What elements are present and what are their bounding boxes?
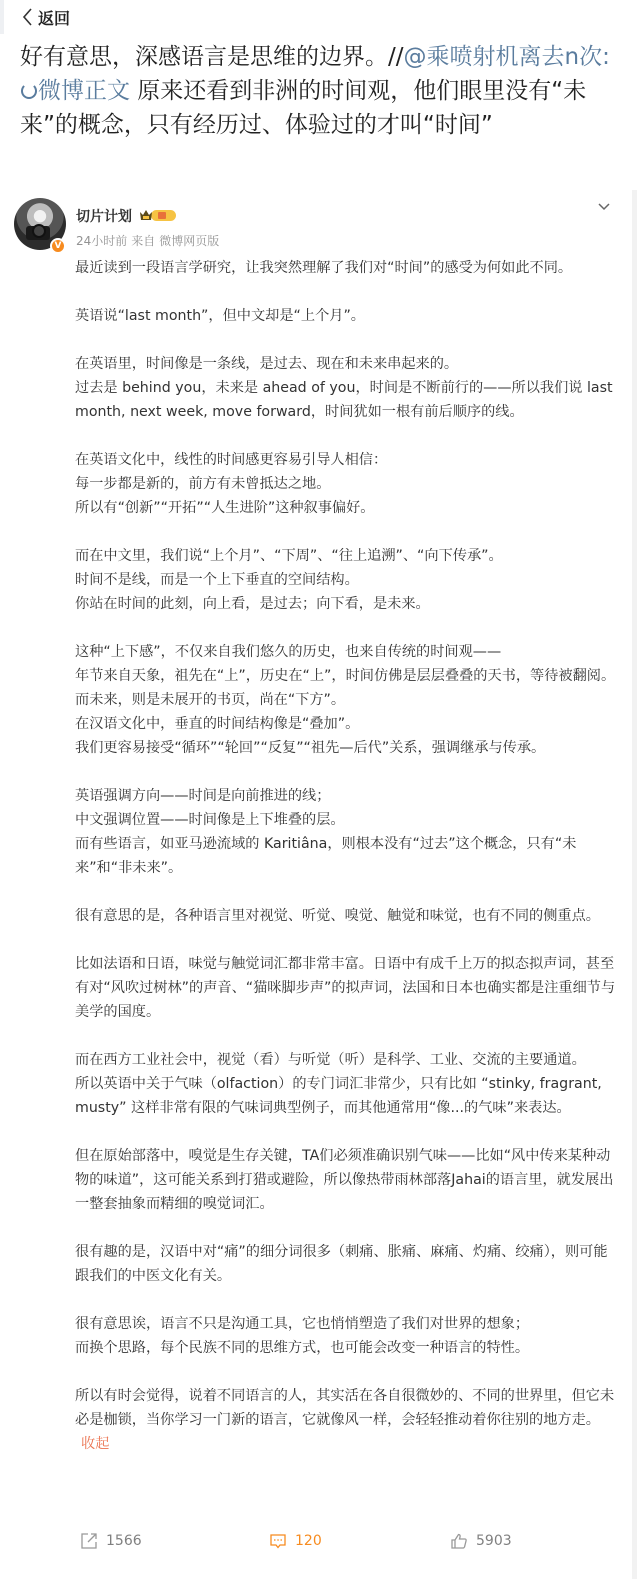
- paragraph: 而在中文里，我们说“上个月”、“下周”、“往上追溯”、“向下传承”。时间不是线，…: [75, 544, 620, 616]
- verified-badge-icon: V: [50, 238, 66, 254]
- weibo-link-icon: [21, 83, 37, 99]
- post-source[interactable]: 微博网页版: [159, 234, 219, 248]
- repost-count: 1566: [106, 1533, 142, 1549]
- left-strip: [0, 0, 4, 34]
- comment-icon: [269, 1532, 287, 1550]
- paragraph: 英语说“last month”，但中文却是“上个月”。: [75, 304, 620, 328]
- collapse-link[interactable]: 收起: [81, 1436, 109, 1452]
- paragraph: 很有意思诶，语言不只是沟通工具，它也悄悄塑造了我们对世界的想象；而换个思路，每个…: [75, 1312, 620, 1360]
- post-meta: 24小时前来自微博网页版: [76, 232, 223, 249]
- paragraph: 比如法语和日语，味觉与触觉词汇都非常丰富。日语中有成千上万的拟态拟声词，甚至有对…: [75, 952, 620, 1024]
- post-body: 最近读到一段语言学研究，让我突然理解了我们对“时间”的感受为何如此不同。 英语说…: [75, 256, 620, 1480]
- top-bar: 返回: [0, 0, 637, 34]
- action-bar: 1566 120 5903: [0, 1526, 637, 1556]
- paragraph: 英语强调方向——时间是向前推进的线；中文强调位置——时间像是上下堆叠的层。而有些…: [75, 784, 620, 880]
- author-name[interactable]: 切片计划: [76, 206, 132, 226]
- repost-comment: 好有意思，深感语言是思维的边界。//@乘喷射机离去n次:微博正文 原来还看到非洲…: [20, 40, 620, 142]
- paragraph: 很有意思的是，各种语言里对视觉、听觉、嗅觉、触觉和味觉，也有不同的侧重点。: [75, 904, 620, 928]
- share-icon: [80, 1532, 98, 1550]
- mention-link[interactable]: @乘喷射机离去n次: [404, 44, 603, 70]
- paragraph-last: 所以有时会觉得，说着不同语言的人，其实活在各自很微妙的、不同的世界里，但它未必是…: [75, 1384, 620, 1456]
- source-prefix: 来自: [131, 234, 155, 248]
- chevron-down-icon[interactable]: [596, 200, 612, 214]
- colon: :: [602, 44, 610, 70]
- like-button[interactable]: 5903: [450, 1526, 512, 1556]
- paragraph: 最近读到一段语言学研究，让我突然理解了我们对“时间”的感受为何如此不同。: [75, 256, 620, 280]
- paragraph: 很有趣的是，汉语中对“痛”的细分词很多（刺痛、胀痛、麻痛、灼痛、绞痛），则可能跟…: [75, 1240, 620, 1288]
- thumbs-up-icon: [450, 1532, 468, 1550]
- post-time: 24小时前: [76, 234, 127, 248]
- repost-button[interactable]: 1566: [80, 1526, 142, 1556]
- repost-text: 好有意思，深感语言是思维的边界。//: [20, 44, 404, 70]
- back-button[interactable]: 返回: [20, 4, 70, 30]
- comment-count: 120: [295, 1533, 322, 1549]
- paragraph: 在英语文化中，线性的时间感更容易引导人相信：每一步都是新的，前方有未曾抵达之地。…: [75, 448, 620, 520]
- paragraph: 但在原始部落中，嗅觉是生存关键，TA们必须准确识别气味——比如“风中传来某种动物…: [75, 1144, 620, 1216]
- lens-shape: [32, 224, 46, 238]
- paragraph: 这种“上下感”，不仅来自我们悠久的历史，也来自传统的时间观——年节来自天象，祖先…: [75, 640, 620, 760]
- source-link[interactable]: 微博正文: [38, 78, 130, 104]
- chevron-left-icon: [20, 6, 36, 28]
- crown-level-badge-icon: [139, 208, 177, 223]
- scrollbar-track[interactable]: [632, 190, 637, 1579]
- paragraph: 在英语里，时间像是一条线，是过去、现在和未来串起来的。过去是 behind yo…: [75, 352, 620, 424]
- like-count: 5903: [476, 1533, 512, 1549]
- back-label: 返回: [38, 6, 70, 29]
- comment-button[interactable]: 120: [269, 1526, 322, 1556]
- paragraph: 而在西方工业社会中，视觉（看）与听觉（听）是科学、工业、交流的主要通道。所以英语…: [75, 1048, 620, 1120]
